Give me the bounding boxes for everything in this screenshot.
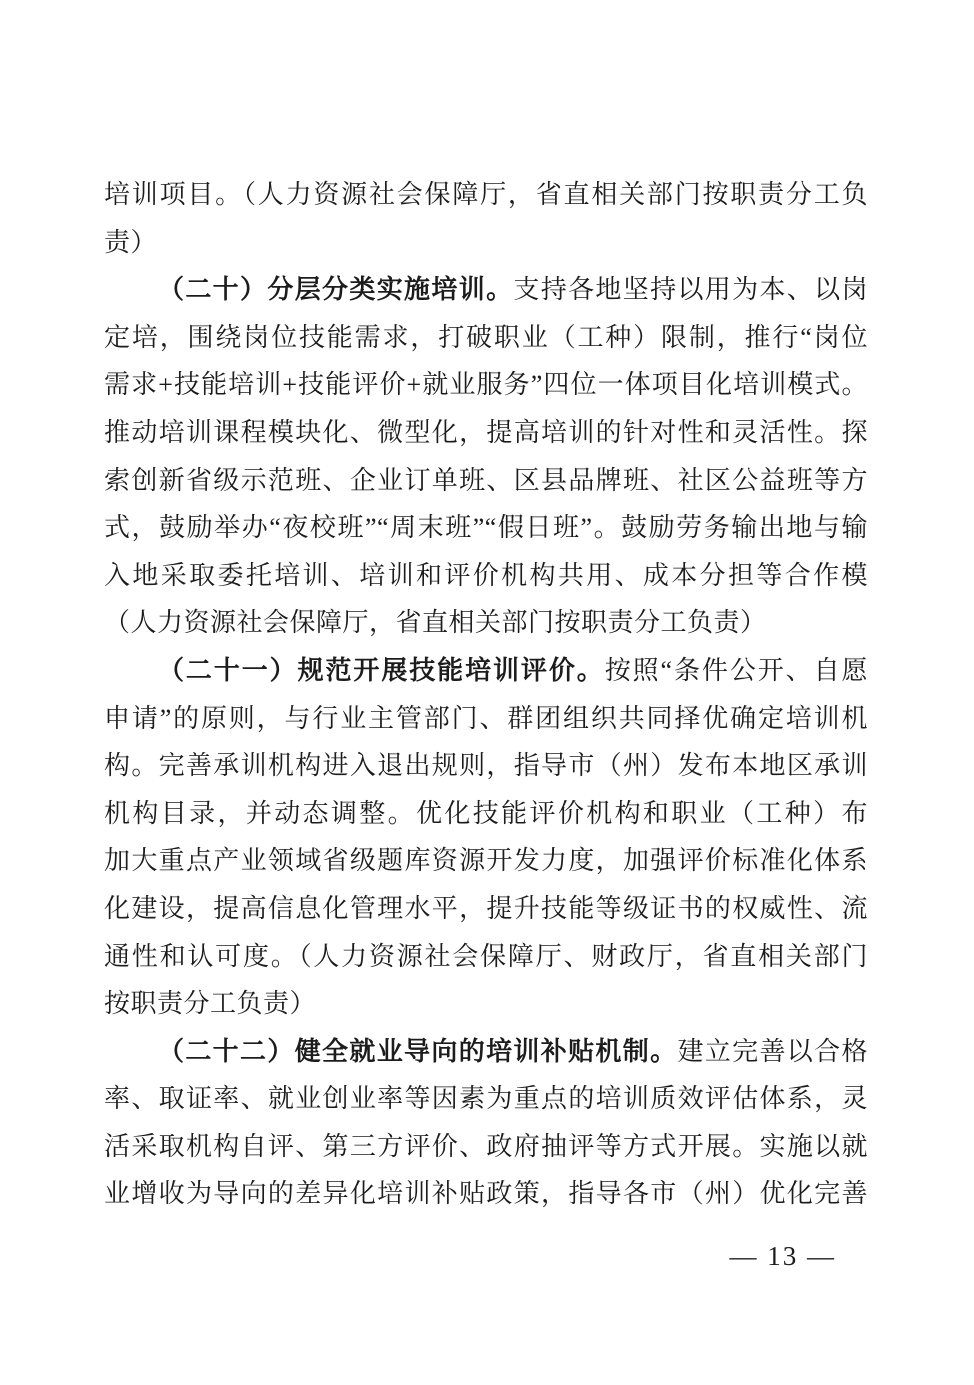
text-line: 业增收为导向的差异化培训补贴政策，指导各市（州）优化完善 <box>104 1170 868 1218</box>
paragraph-lead-line: （二十二）健全就业导向的培训补贴机制。建立完善以合格 <box>104 1028 868 1076</box>
text-line: 式，鼓励举办“夜校班”“周末班”“假日班”。鼓励劳务输出地与输 <box>104 504 868 552</box>
text-line: 通性和认可度。（人力资源社会保障厅、财政厅，省直相关部门 <box>104 933 868 981</box>
paragraph-lead-line: （二十）分层分类实施培训。支持各地坚持以用为本、以岗 <box>104 266 868 314</box>
page-number: — 13 — <box>730 1238 837 1274</box>
text-line: 率、取证率、就业创业率等因素为重点的培训质效评估体系，灵 <box>104 1075 868 1123</box>
text-line: 按职责分工负责） <box>104 980 868 1028</box>
text-line: 入地采取委托培训、培训和评价机构共用、成本分担等合作模式。 <box>104 552 868 600</box>
text-line: 构。完善承训机构进入退出规则，指导市（州）发布本地区承训 <box>104 742 868 790</box>
text-line: 机构目录，并动态调整。优化技能评价机构和职业（工种）布局， <box>104 790 868 838</box>
text-line: 推动培训课程模块化、微型化，提高培训的针对性和灵活性。探 <box>104 409 868 457</box>
body-text: 按照“条件公开、自愿 <box>605 656 868 685</box>
text-line: 加大重点产业领域省级题库资源开发力度，加强评价标准化体系 <box>104 837 868 885</box>
text-line: 培训项目。（人力资源社会保障厅，省直相关部门按职责分工负 <box>104 171 868 219</box>
body-text: 支持各地坚持以用为本、以岗 <box>513 275 868 304</box>
text-line: 定培，围绕岗位技能需求，打破职业（工种）限制，推行“岗位 <box>104 314 868 362</box>
text-line: 索创新省级示范班、企业订单班、区县品牌班、社区公益班等方 <box>104 457 868 505</box>
lead-text: （二十）分层分类实施培训。 <box>158 275 513 304</box>
text-line: 活采取机构自评、第三方评价、政府抽评等方式开展。实施以就 <box>104 1123 868 1171</box>
text-line: 责） <box>104 219 868 267</box>
document-body: 培训项目。（人力资源社会保障厅，省直相关部门按职责分工负 责） （二十）分层分类… <box>104 171 868 1218</box>
body-text: 建立完善以合格 <box>677 1037 868 1066</box>
text-line: 化建设，提高信息化管理水平，提升技能等级证书的权威性、流 <box>104 885 868 933</box>
lead-text: （二十二）健全就业导向的培训补贴机制。 <box>158 1037 677 1066</box>
text-line: （人力资源社会保障厅，省直相关部门按职责分工负责） <box>104 599 868 647</box>
text-line: 需求+技能培训+技能评价+就业服务”四位一体项目化培训模式。 <box>104 361 868 409</box>
document-page: { "doc": { "lines": [ { "text": "培训项目。（人… <box>0 0 974 1385</box>
lead-text: （二十一）规范开展技能培训评价。 <box>158 656 605 685</box>
paragraph-lead-line: （二十一）规范开展技能培训评价。按照“条件公开、自愿 <box>104 647 868 695</box>
text-line: 申请”的原则，与行业主管部门、群团组织共同择优确定培训机 <box>104 695 868 743</box>
